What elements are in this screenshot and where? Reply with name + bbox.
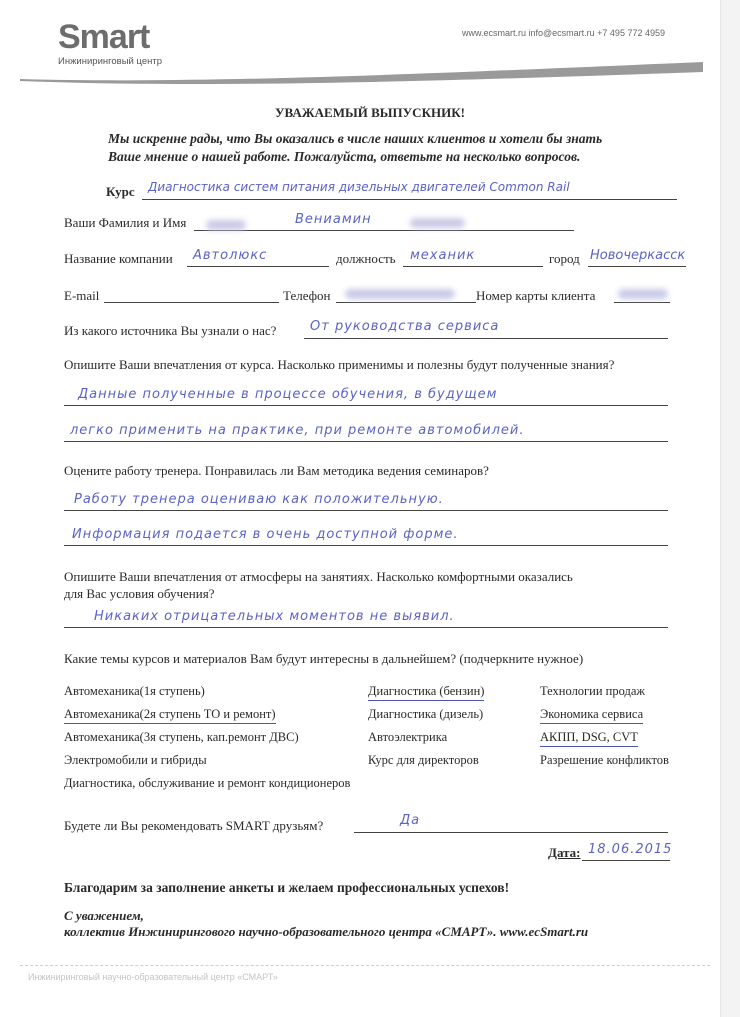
topic-air-conditioning[interactable]: Диагностика, обслуживание и ремонт конди… (64, 776, 350, 791)
phone-field[interactable] (336, 302, 476, 303)
email-field[interactable] (104, 302, 279, 303)
source-field-line (304, 338, 668, 339)
thanks-text: Благодарим за заполнение анкеты и желаем… (64, 880, 509, 896)
redacted-name (410, 218, 465, 228)
page-edge (720, 0, 740, 1017)
topic-electric-hybrid[interactable]: Электромобили и гибриды (64, 753, 207, 768)
name-field-line (194, 230, 574, 231)
date-label: Дата: (548, 845, 580, 861)
recommend-answer[interactable]: Да (400, 813, 420, 828)
company-label: Название компании (64, 251, 173, 267)
redacted-phone (345, 289, 455, 299)
topic-diagnostics-petrol[interactable]: Диагностика (бензин) (368, 684, 484, 701)
topic-automechanics-2[interactable]: Автомеханика(2я ступень ТО и ремонт) (64, 707, 276, 724)
footer-text: Инжиниринговый научно-образовательный це… (28, 972, 278, 982)
redacted-card (618, 289, 668, 299)
course-field-line (142, 199, 677, 200)
card-field[interactable] (614, 302, 670, 303)
trainer-answer-1[interactable]: Работу тренера оцениваю как положительну… (74, 492, 444, 507)
topic-automechanics-3[interactable]: Автомеханика(3я ступень, кап.ремонт ДВС) (64, 730, 299, 745)
trainer-answer-2[interactable]: Информация подается в очень доступной фо… (72, 527, 459, 542)
topic-diagnostics-diesel[interactable]: Диагностика (дизель) (368, 707, 483, 722)
topic-transmissions[interactable]: АКПП, DSG, CVT (540, 730, 638, 747)
date-field-line (582, 860, 670, 861)
impressions-question: Опишите Ваши впечатления от курса. Наско… (64, 357, 614, 373)
course-field[interactable]: Диагностика систем питания дизельных дви… (148, 180, 570, 194)
intro-line-1: Мы искренне рады, что Вы оказались в чис… (108, 130, 602, 148)
atmosphere-question-2: для Вас условия обучения? (64, 586, 214, 602)
trainer-line-1 (64, 510, 668, 511)
footer-divider (20, 965, 710, 966)
topic-conflict-resolution[interactable]: Разрешение конфликтов (540, 753, 669, 768)
atmosphere-question-1: Опишите Ваши впечатления от атмосферы на… (64, 569, 573, 585)
signature-line-1: С уважением, (64, 908, 144, 924)
name-field[interactable]: Вениамин (295, 212, 372, 227)
impressions-line-1 (64, 405, 668, 406)
impressions-answer-2[interactable]: легко применить на практике, при ремонте… (70, 423, 525, 438)
company-field-line (187, 266, 329, 267)
city-field[interactable]: Новочеркасск (590, 248, 685, 263)
card-label: Номер карты клиента (476, 288, 595, 304)
topic-service-economics[interactable]: Экономика сервиса (540, 707, 643, 724)
trainer-question: Оцените работу тренера. Понравилась ли В… (64, 463, 489, 479)
name-label: Ваши Фамилия и Имя (64, 215, 186, 231)
atmosphere-answer[interactable]: Никаких отрицательных моментов не выявил… (94, 609, 455, 624)
atmosphere-line (64, 627, 668, 628)
topic-automechanics-1[interactable]: Автомеханика(1я ступень) (64, 684, 205, 699)
page-title: УВАЖАЕМЫЙ ВЫПУСКНИК! (0, 105, 740, 121)
topic-sales-technology[interactable]: Технологии продаж (540, 684, 645, 699)
email-label: E-mail (64, 288, 99, 304)
position-field[interactable]: механик (410, 248, 475, 263)
company-field[interactable]: Автолюкс (193, 248, 267, 263)
intro-text: Мы искренне рады, что Вы оказались в чис… (108, 130, 602, 166)
city-label: город (549, 251, 580, 267)
impressions-line-2 (64, 441, 668, 442)
date-field[interactable]: 18.06.2015 (588, 842, 672, 857)
phone-label: Телефон (283, 288, 331, 304)
topic-directors-course[interactable]: Курс для директоров (368, 753, 479, 768)
position-field-line (403, 266, 543, 267)
trainer-line-2 (64, 545, 668, 546)
source-answer[interactable]: От руководства сервиса (310, 319, 499, 334)
topics-question: Какие темы курсов и материалов Вам будут… (64, 651, 583, 667)
impressions-answer-1[interactable]: Данные полученные в процессе обучения, в… (78, 387, 497, 402)
header-swoosh-decoration (0, 44, 710, 84)
redacted-surname (206, 220, 246, 230)
topic-auto-electrics[interactable]: Автоэлектрика (368, 730, 447, 745)
header-contacts: www.ecsmart.ru info@ecsmart.ru +7 495 77… (462, 28, 665, 38)
city-field-line (588, 266, 686, 267)
source-question: Из какого источника Вы узнали о нас? (64, 323, 276, 339)
signature-line-2: коллектив Инжинирингового научно-образов… (64, 924, 588, 940)
course-label: Курс (106, 184, 135, 200)
intro-line-2: Ваше мнение о нашей работе. Пожалуйста, … (108, 148, 602, 166)
recommend-question: Будете ли Вы рекомендовать SMART друзьям… (64, 818, 323, 834)
position-label: должность (336, 251, 396, 267)
recommend-field-line (354, 832, 668, 833)
